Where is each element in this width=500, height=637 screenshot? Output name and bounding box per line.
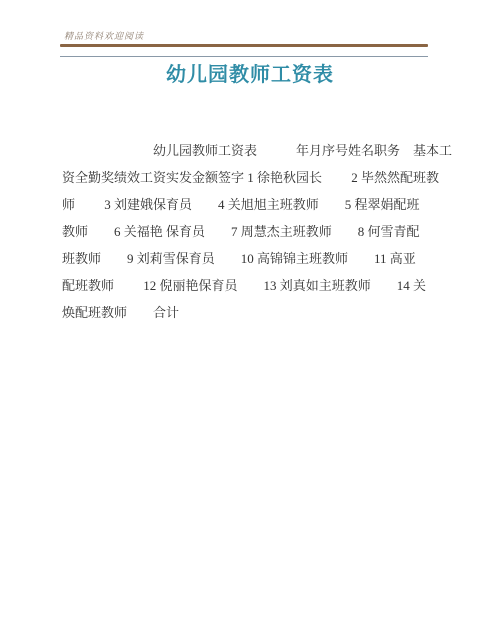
document-body: 幼儿园教师工资表 年月序号姓名职务 基本工 资全勤奖绩效工资实发金额签字 1 徐… (62, 137, 444, 326)
document-text-line: 师 3 刘建娥保育员 4 关旭旭主班教师 5 程翠娟配班 (62, 191, 444, 218)
header-rule-thin (60, 56, 428, 57)
document-title: 幼儿园教师工资表 (0, 58, 500, 87)
header-rule-thick (60, 44, 428, 47)
document-text-line: 班教师 9 刘莉雪保育员 10 高锦锦主班教师 11 高亚 (62, 245, 444, 272)
document-text-line: 资全勤奖绩效工资实发金额签字 1 徐艳秋园长 2 毕然然配班教 (62, 164, 444, 191)
document-text-line: 配班教师 12 倪丽艳保育员 13 刘真如主班教师 14 关 (62, 272, 444, 299)
document-page: 精品资料欢迎阅读 幼儿园教师工资表 幼儿园教师工资表 年月序号姓名职务 基本工 … (0, 0, 500, 637)
document-text-line: 教师 6 关福艳 保育员 7 周慧杰主班教师 8 何雪青配 (62, 218, 444, 245)
document-text-line: 焕配班教师 合计 (62, 299, 444, 326)
header-watermark: 精品资料欢迎阅读 (64, 29, 144, 42)
document-text-line: 幼儿园教师工资表 年月序号姓名职务 基本工 (62, 137, 444, 164)
